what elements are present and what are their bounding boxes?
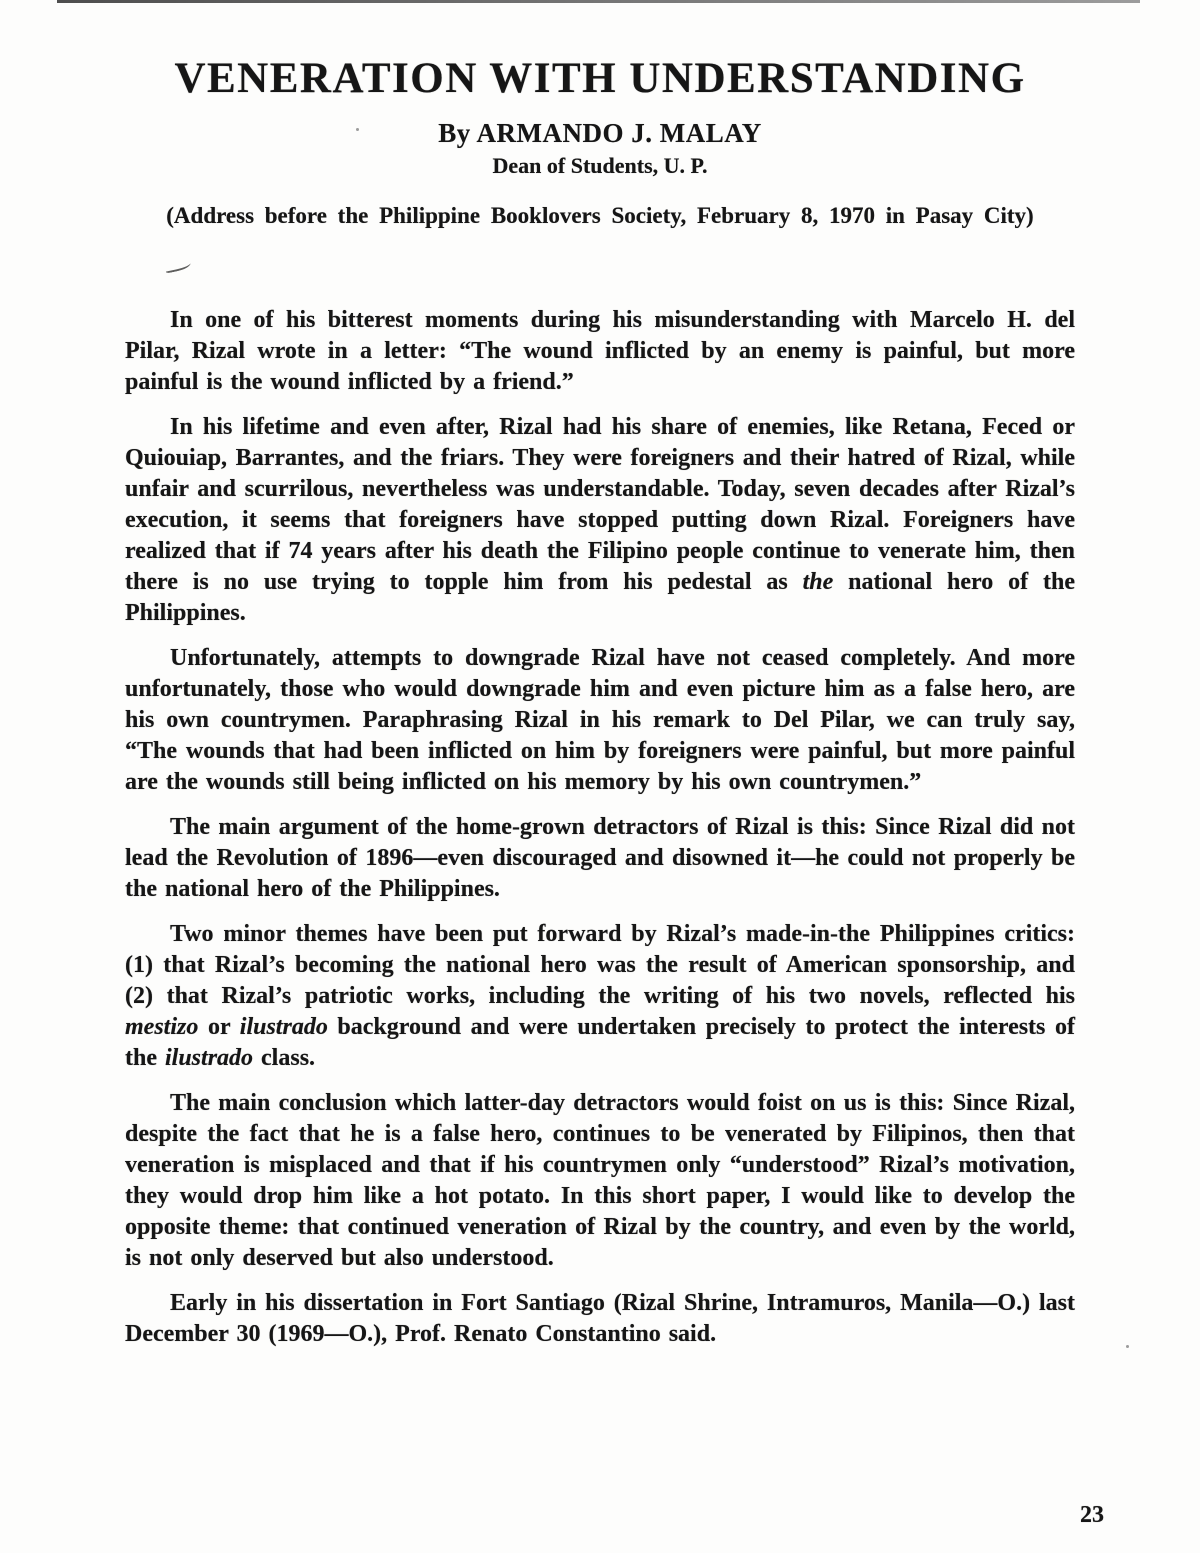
scan-artifact-speck: [1126, 1345, 1129, 1348]
page-number: 23: [1080, 1502, 1104, 1529]
body-paragraph-6: The main conclusion which latter-day det…: [125, 1088, 1075, 1274]
body-paragraph-4: The main argument of the home-grown detr…: [125, 812, 1075, 905]
article-title: VENERATION WITH UNDERSTANDING: [0, 54, 1200, 104]
body-paragraph-3: Unfortunately, attempts to downgrade Riz…: [125, 643, 1075, 798]
article-byline: By ARMANDO J. MALAY: [0, 118, 1200, 149]
body-paragraph-7: Early in his dissertation in Fort Santia…: [125, 1288, 1075, 1350]
scan-artifact-speck: [356, 128, 359, 131]
article-header: VENERATION WITH UNDERSTANDING By ARMANDO…: [0, 0, 1200, 229]
body-paragraph-2: In his lifetime and even after, Rizal ha…: [125, 412, 1075, 629]
address-note: (Address before the Philippine Booklover…: [0, 202, 1200, 229]
scanned-page: VENERATION WITH UNDERSTANDING By ARMANDO…: [0, 0, 1200, 1553]
body-paragraph-5: Two minor themes have been put forward b…: [125, 919, 1075, 1074]
scan-artifact-top-edge: [57, 0, 1140, 3]
article-body: In one of his bitterest moments during h…: [125, 229, 1075, 1350]
author-affiliation: Dean of Students, U. P.: [0, 153, 1200, 179]
body-paragraph-1: In one of his bitterest moments during h…: [125, 305, 1075, 398]
